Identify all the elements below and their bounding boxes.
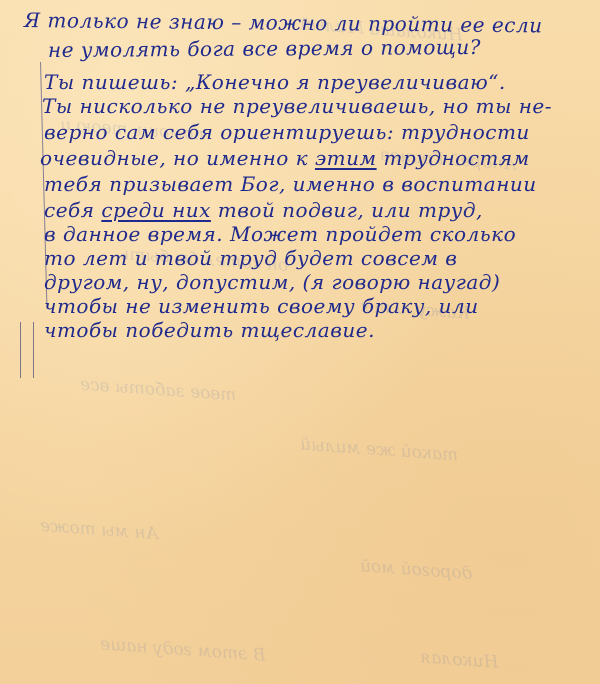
- letter-line: другом, ну, допустим, (я говорю наугад): [44, 270, 500, 294]
- letter-line-text: себя: [44, 198, 101, 222]
- letter-line: то лет и твой труд будет совсем в: [44, 246, 457, 270]
- letter-line: очевидные, но именно к этим трудностям: [40, 146, 530, 170]
- letter-line: тебя призывает Бог, именно в воспитании: [44, 172, 537, 196]
- letter-line: чтобы победить тщеславие.: [44, 318, 375, 342]
- letter-line: не умолять бога все время о помощи?: [48, 35, 481, 62]
- letter-line-text: твой подвиг, или труд,: [211, 198, 483, 222]
- letter-body: Я только не знаю – можно ли пройти ее ес…: [0, 0, 600, 684]
- letter-page: Николаша Милый помощь твою и Андрей Грин…: [0, 0, 600, 684]
- underlined-phrase: среди них: [101, 198, 211, 222]
- letter-line: чтобы не изменить своему браку, или: [44, 294, 479, 318]
- letter-line: Я только не знаю – можно ли пройти ее ес…: [24, 8, 543, 37]
- letter-line-text: очевидные, но именно к: [40, 146, 315, 170]
- letter-line: себя среди них твой подвиг, или труд,: [44, 198, 483, 222]
- letter-line: верно сам себя ориентируешь: трудности: [44, 120, 530, 144]
- letter-line-text: трудностям: [377, 146, 530, 170]
- letter-line: Ты нисколько не преувеличиваешь, но ты н…: [42, 94, 552, 118]
- letter-line: в данное время. Может пройдет сколько: [44, 222, 516, 246]
- underlined-word: этим: [315, 146, 377, 170]
- letter-line: Ты пишешь: „Конечно я преувеличиваю“.: [44, 70, 506, 94]
